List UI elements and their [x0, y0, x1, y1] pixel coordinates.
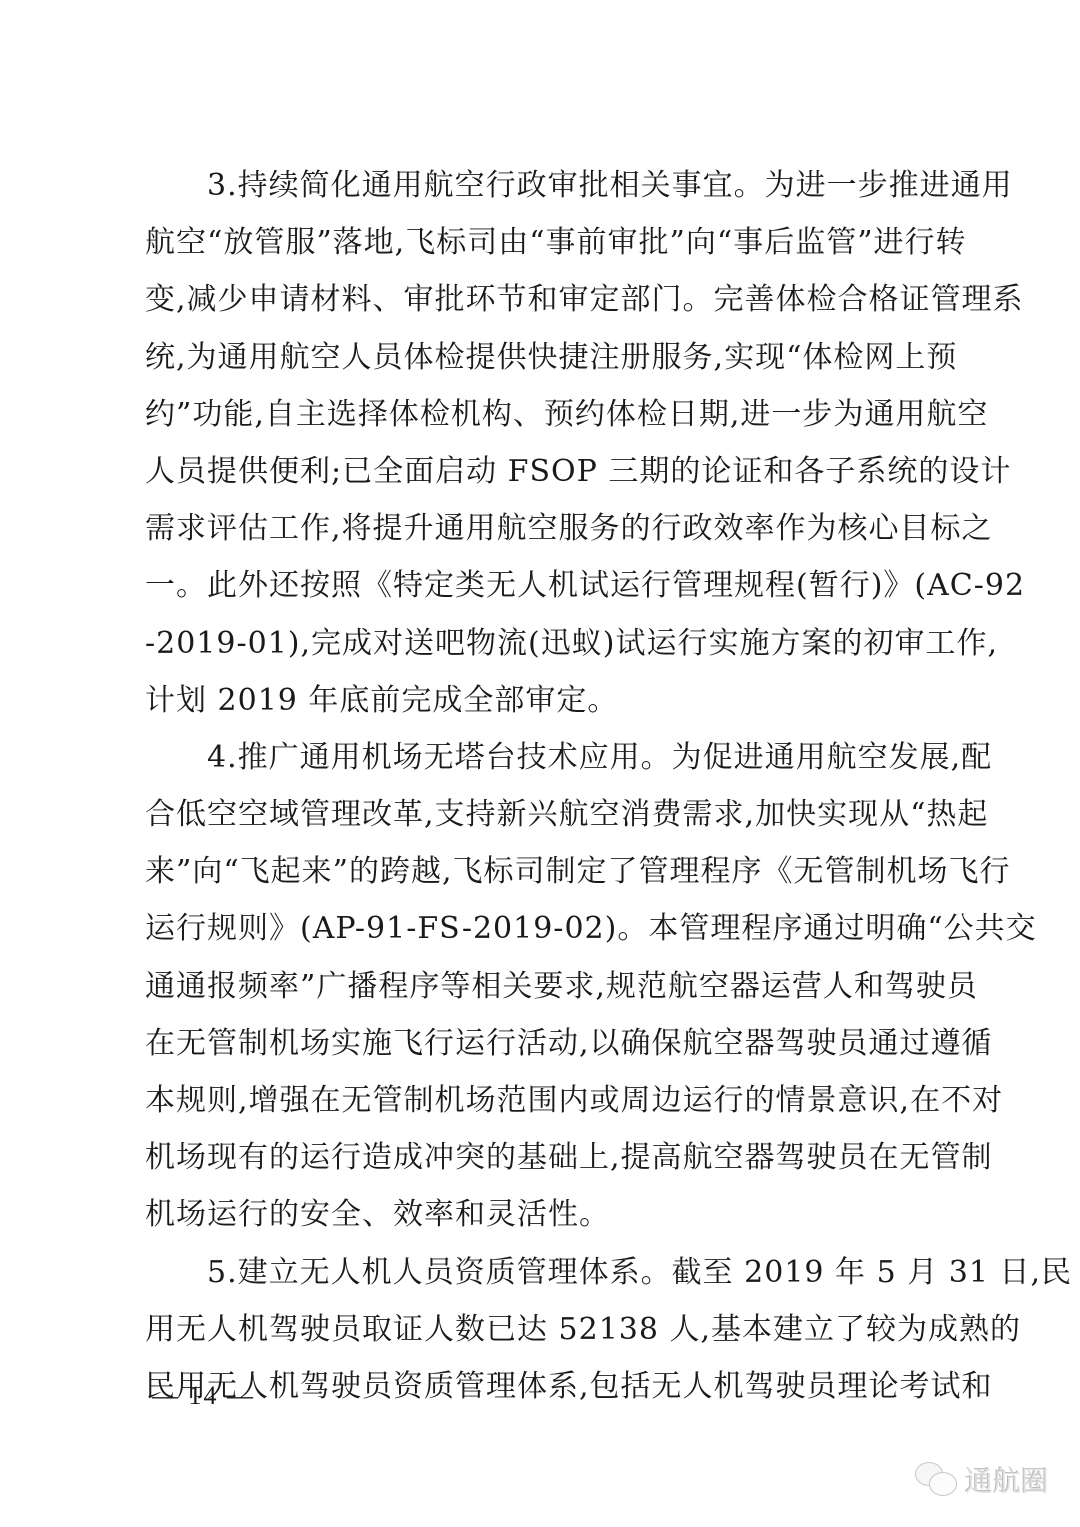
paragraph-3-line: 统,为通用航空人员体检提供快捷注册服务,实现“体检网上预	[145, 335, 940, 392]
paragraph-3-line: 需求评估工作,将提升通用航空服务的行政效率作为核心目标之	[145, 506, 940, 563]
paragraph-3-line: 计划 2019 年底前完成全部审定。	[145, 678, 940, 735]
paragraph-4-line: 合低空空域管理改革,支持新兴航空消费需求,加快实现从“热起	[145, 792, 940, 849]
paragraph-4-line: 通通报频率”广播程序等相关要求,规范航空器运营人和驾驶员	[145, 964, 940, 1021]
paragraph-3-line: -2019-01),完成对送吧物流(迅蚁)试运行实施方案的初审工作,	[145, 621, 940, 678]
paragraph-5-line: 5.建立无人机人员资质管理体系。截至 2019 年 5 月 31 日,民	[145, 1250, 940, 1307]
paragraph-3-line: 航空“放管服”落地,飞标司由“事前审批”向“事后监管”进行转	[145, 220, 940, 277]
paragraph-4-line: 4.推广通用机场无塔台技术应用。为促进通用航空发展,配	[145, 735, 940, 792]
watermark: 通航圈	[915, 1460, 1049, 1500]
paragraph-3-line: 3.持续简化通用航空行政审批相关事宜。为进一步推进通用	[145, 163, 940, 220]
paragraph-5-line: 民用无人机驾驶员资质管理体系,包括无人机驾驶员理论考试和	[145, 1364, 940, 1421]
paragraph-4-line: 机场现有的运行造成冲突的基础上,提高航空器驾驶员在无管制	[145, 1135, 940, 1192]
wechat-icon	[915, 1462, 959, 1498]
paragraph-3-line: 约”功能,自主选择体检机构、预约体检日期,进一步为通用航空	[145, 392, 940, 449]
paragraph-4-line: 在无管制机场实施飞行运行活动,以确保航空器驾驶员通过遵循	[145, 1021, 940, 1078]
paragraph-3-line: 变,减少申请材料、审批环节和审定部门。完善体检合格证管理系	[145, 277, 940, 334]
paragraph-5-line: 用无人机驾驶员取证人数已达 52138 人,基本建立了较为成熟的	[145, 1307, 940, 1364]
page-number: — 14 —	[152, 1381, 255, 1411]
paragraph-4-line: 机场运行的安全、效率和灵活性。	[145, 1192, 940, 1249]
watermark-label: 通航圈	[965, 1460, 1049, 1500]
paragraph-3-line: 人员提供便利;已全面启动 FSOP 三期的论证和各子系统的设计	[145, 449, 940, 506]
paragraph-4-line: 运行规则》(AP-91-FS-2019-02)。本管理程序通过明确“公共交	[145, 906, 940, 963]
paragraph-4-line: 本规则,增强在无管制机场范围内或周边运行的情景意识,在不对	[145, 1078, 940, 1135]
document-body: 3.持续简化通用航空行政审批相关事宜。为进一步推进通用 航空“放管服”落地,飞标…	[145, 163, 940, 1421]
paragraph-3-line: 一。此外还按照《特定类无人机试运行管理规程(暂行)》(AC-92	[145, 563, 940, 620]
paragraph-4-line: 来”向“飞起来”的跨越,飞标司制定了管理程序《无管制机场飞行	[145, 849, 940, 906]
